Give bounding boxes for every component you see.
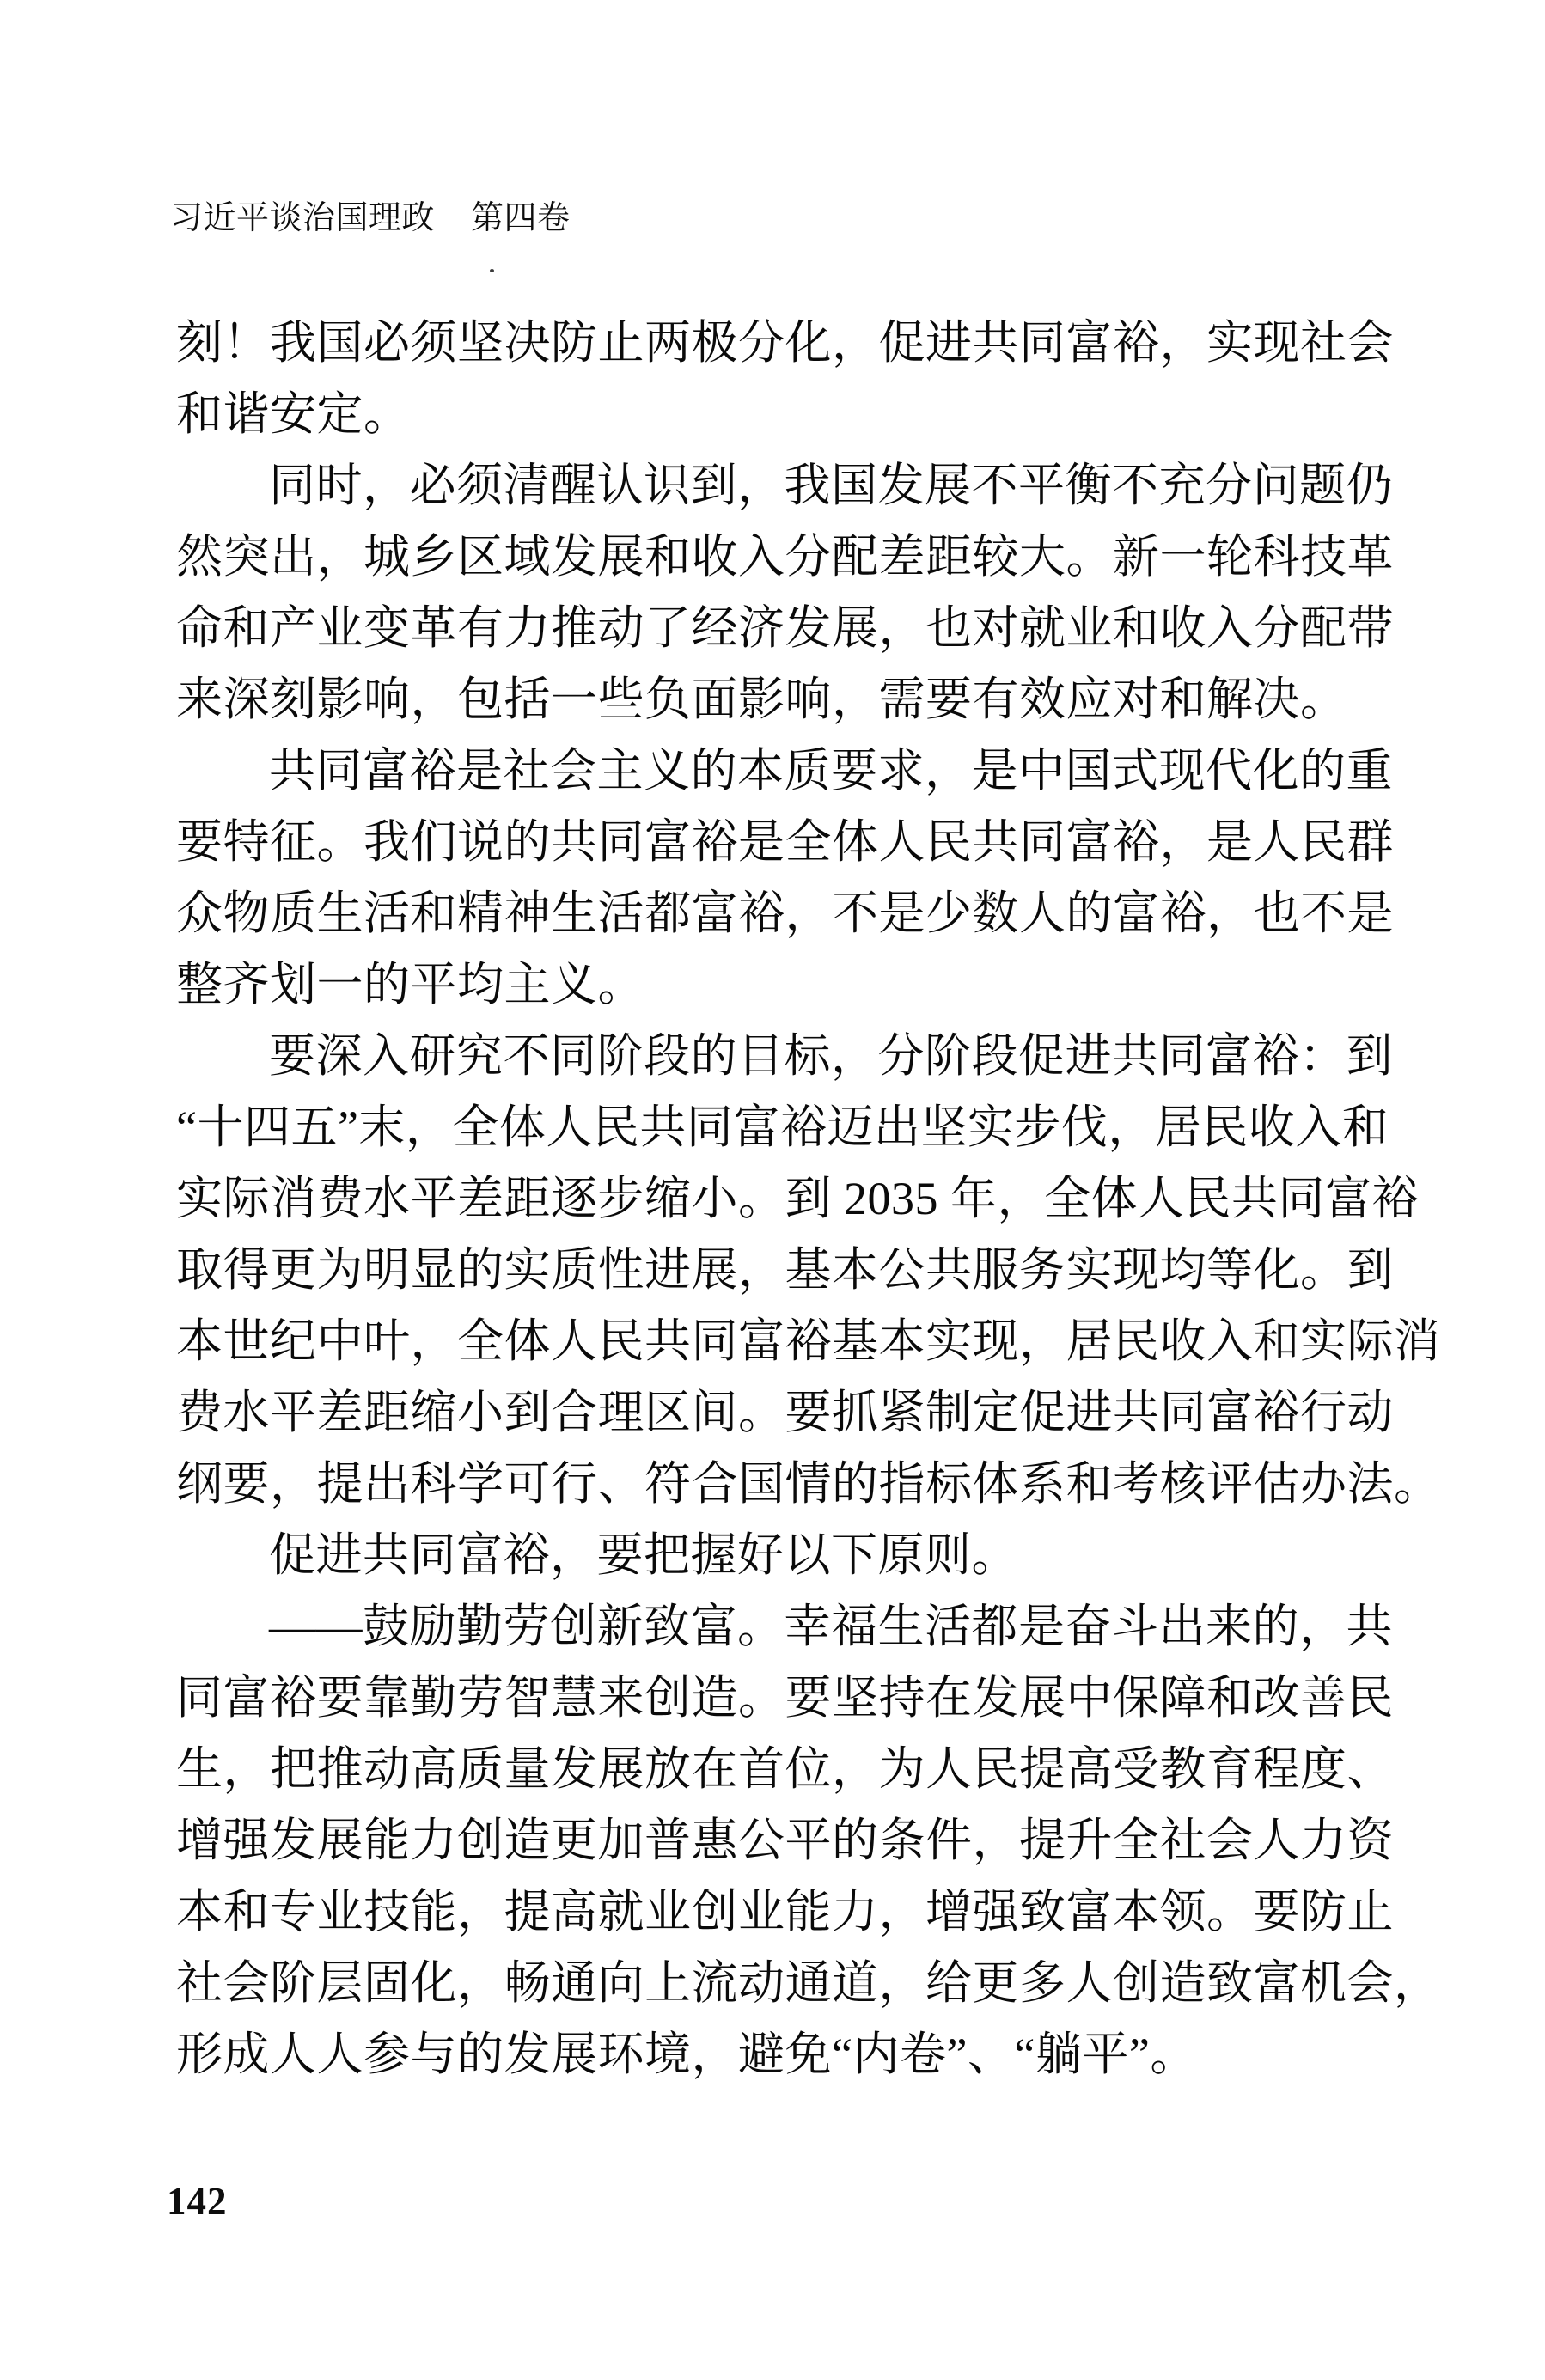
text-line: 要深入研究不同阶段的目标，分阶段促进共同富裕：到 xyxy=(176,1021,1414,1092)
text-line: 同时，必须清醒认识到，我国发展不平衡不充分问题仍 xyxy=(176,450,1414,522)
running-head-volume: 第四卷 xyxy=(471,200,571,236)
running-head-gap xyxy=(435,228,471,229)
body-text: 刻！我国必须坚决防止两极分化，促进共同富裕，实现社会和谐安定。同时，必须清醒认识… xyxy=(176,308,1414,2090)
text-line: ——鼓励勤劳创新致富。幸福生活都是奋斗出来的，共 xyxy=(176,1591,1414,1663)
page-number: 142 xyxy=(167,2179,228,2224)
text-line: 促进共同富裕，要把握好以下原则。 xyxy=(176,1520,1414,1591)
text-line: 增强发展能力创造更加普惠公平的条件，提升全社会人力资 xyxy=(176,1805,1414,1877)
text-line: 来深刻影响，包括一些负面影响，需要有效应对和解决。 xyxy=(176,664,1414,735)
running-head-title: 习近平谈治国理政 xyxy=(170,200,435,236)
text-line: 整齐划一的平均主义。 xyxy=(176,949,1414,1021)
text-line: 要特征。我们说的共同富裕是全体人民共同富裕，是人民群 xyxy=(176,807,1414,878)
text-line: 众物质生活和精神生活都富裕，不是少数人的富裕，也不是 xyxy=(176,878,1414,949)
text-line: 刻！我国必须坚决防止两极分化，促进共同富裕，实现社会 xyxy=(176,308,1414,379)
text-line: 同富裕要靠勤劳智慧来创造。要坚持在发展中保障和改善民 xyxy=(176,1663,1414,1734)
text-line: 形成人人参与的发展环境，避免“内卷”、“躺平”。 xyxy=(176,2019,1414,2090)
scan-speck xyxy=(490,269,494,272)
text-line: 社会阶层固化，畅通向上流动通道，给更多人创造致富机会， xyxy=(176,1948,1414,2019)
text-line: 命和产业变革有力推动了经济发展，也对就业和收入分配带 xyxy=(176,593,1414,664)
running-head: 习近平谈治国理政第四卷 xyxy=(170,198,571,238)
text-line: 费水平差距缩小到合理区间。要抓紧制定促进共同富裕行动 xyxy=(176,1377,1414,1449)
book-page: 习近平谈治国理政第四卷 刻！我国必须坚决防止两极分化，促进共同富裕，实现社会和谐… xyxy=(0,0,1545,2380)
text-line: 和谐安定。 xyxy=(176,379,1414,450)
text-line: 纲要，提出科学可行、符合国情的指标体系和考核评估办法。 xyxy=(176,1449,1414,1520)
text-line: 本世纪中叶，全体人民共同富裕基本实现，居民收入和实际消 xyxy=(176,1306,1414,1377)
text-line: 然突出，城乡区域发展和收入分配差距较大。新一轮科技革 xyxy=(176,522,1414,593)
text-line: 取得更为明显的实质性进展，基本公共服务实现均等化。到 xyxy=(176,1235,1414,1306)
text-line: 本和专业技能，提高就业创业能力，增强致富本领。要防止 xyxy=(176,1877,1414,1948)
text-line: “十四五”末，全体人民共同富裕迈出坚实步伐，居民收入和 xyxy=(176,1092,1414,1163)
text-line: 实际消费水平差距逐步缩小。到 2035 年，全体人民共同富裕 xyxy=(176,1163,1414,1235)
text-line: 生，把推动高质量发展放在首位，为人民提高受教育程度、 xyxy=(176,1734,1414,1805)
text-line: 共同富裕是社会主义的本质要求，是中国式现代化的重 xyxy=(176,735,1414,807)
